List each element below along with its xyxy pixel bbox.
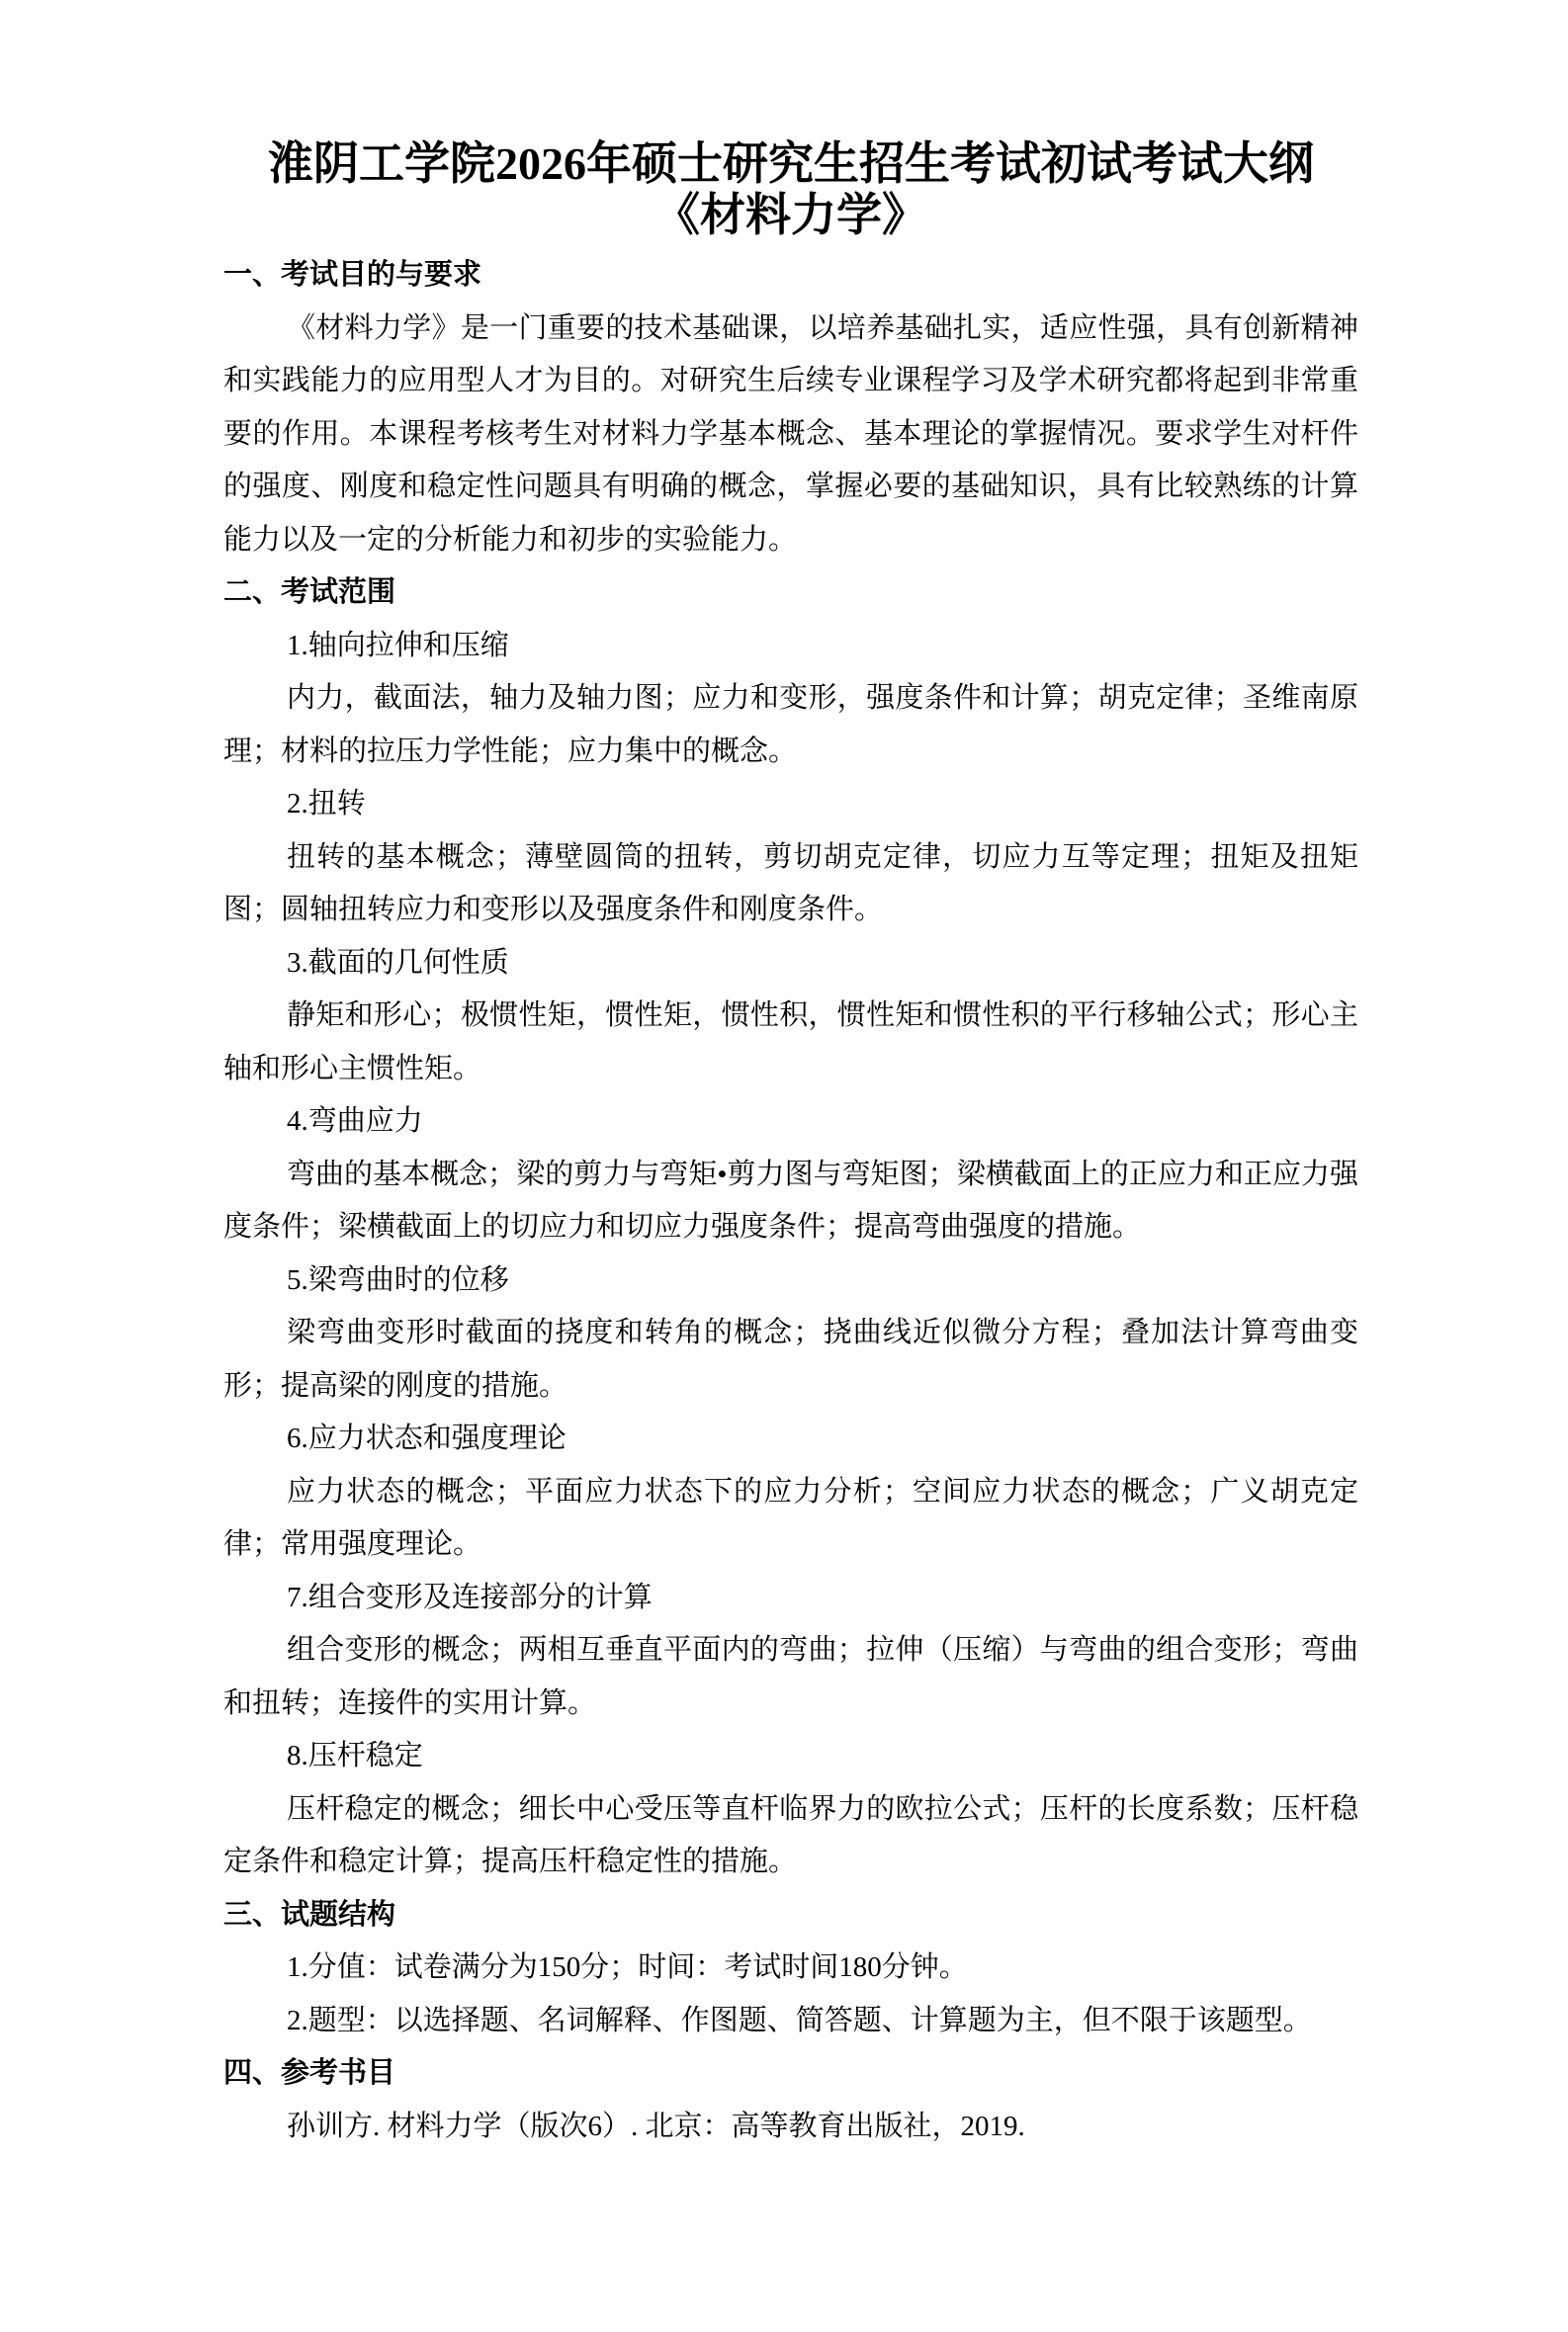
section-references: 四、参考书目 孙训方. 材料力学（版次6）. 北京：高等教育出版社，2019. <box>223 2047 1358 2153</box>
topic-content: 静矩和形心；极惯性矩，惯性矩，惯性积，惯性矩和惯性积的平行移轴公式；形心主轴和形… <box>223 990 1358 1095</box>
document-title: 淮阴工学院2026年硕士研究生招生考试初试考试大纲 <box>223 138 1358 190</box>
topic-content: 内力，截面法，轴力及轴力图；应力和变形，强度条件和计算；胡克定律；圣维南原理；材… <box>223 672 1358 778</box>
section-heading: 二、考试范围 <box>223 566 1358 620</box>
document-page: 淮阴工学院2026年硕士研究生招生考试初试考试大纲 《材料力学》 一、考试目的与… <box>223 138 1358 2153</box>
section-heading: 三、试题结构 <box>223 1889 1358 1943</box>
topic-content: 压杆稳定的概念；细长中心受压等直杆临界力的欧拉公式；压杆的长度系数；压杆稳定条件… <box>223 1783 1358 1889</box>
topic-content: 梁弯曲变形时截面的挠度和转角的概念；挠曲线近似微分方程；叠加法计算弯曲变形；提高… <box>223 1307 1358 1413</box>
topic-content: 组合变形的概念；两相互垂直平面内的弯曲；拉伸（压缩）与弯曲的组合变形；弯曲和扭转… <box>223 1624 1358 1730</box>
section-exam-purpose: 一、考试目的与要求 《材料力学》是一门重要的技术基础课，以培养基础扎实，适应性强… <box>223 249 1358 566</box>
topic-title: 2.扭转 <box>223 778 1358 831</box>
topic-content: 弯曲的基本概念；梁的剪力与弯矩•剪力图与弯矩图；梁横截面上的正应力和正应力强度条… <box>223 1149 1358 1254</box>
paragraph: 2.题型：以选择题、名词解释、作图题、简答题、计算题为主，但不限于该题型。 <box>223 1995 1358 2048</box>
section-question-structure: 三、试题结构 1.分值：试卷满分为150分；时间：考试时间180分钟。 2.题型… <box>223 1889 1358 2048</box>
section-heading: 一、考试目的与要求 <box>223 249 1358 302</box>
topic-content: 应力状态的概念；平面应力状态下的应力分析；空间应力状态的概念；广义胡克定律；常用… <box>223 1466 1358 1572</box>
topic-title: 3.截面的几何性质 <box>223 937 1358 991</box>
section-exam-scope: 二、考试范围 1.轴向拉伸和压缩 内力，截面法，轴力及轴力图；应力和变形，强度条… <box>223 566 1358 1889</box>
topic-content: 扭转的基本概念；薄壁圆筒的扭转，剪切胡克定律，切应力互等定理；扭矩及扭矩图；圆轴… <box>223 831 1358 937</box>
topic-title: 8.压杆稳定 <box>223 1730 1358 1783</box>
document-subtitle: 《材料力学》 <box>223 190 1358 241</box>
topic-title: 7.组合变形及连接部分的计算 <box>223 1572 1358 1625</box>
topic-title: 1.轴向拉伸和压缩 <box>223 620 1358 673</box>
section-heading: 四、参考书目 <box>223 2047 1358 2101</box>
topic-title: 4.弯曲应力 <box>223 1095 1358 1149</box>
topic-title: 5.梁弯曲时的位移 <box>223 1254 1358 1308</box>
topic-title: 6.应力状态和强度理论 <box>223 1413 1358 1466</box>
paragraph: 1.分值：试卷满分为150分；时间：考试时间180分钟。 <box>223 1942 1358 1995</box>
reference-entry: 孙训方. 材料力学（版次6）. 北京：高等教育出版社，2019. <box>223 2101 1358 2154</box>
paragraph: 《材料力学》是一门重要的技术基础课，以培养基础扎实，适应性强，具有创新精神和实践… <box>223 302 1358 567</box>
